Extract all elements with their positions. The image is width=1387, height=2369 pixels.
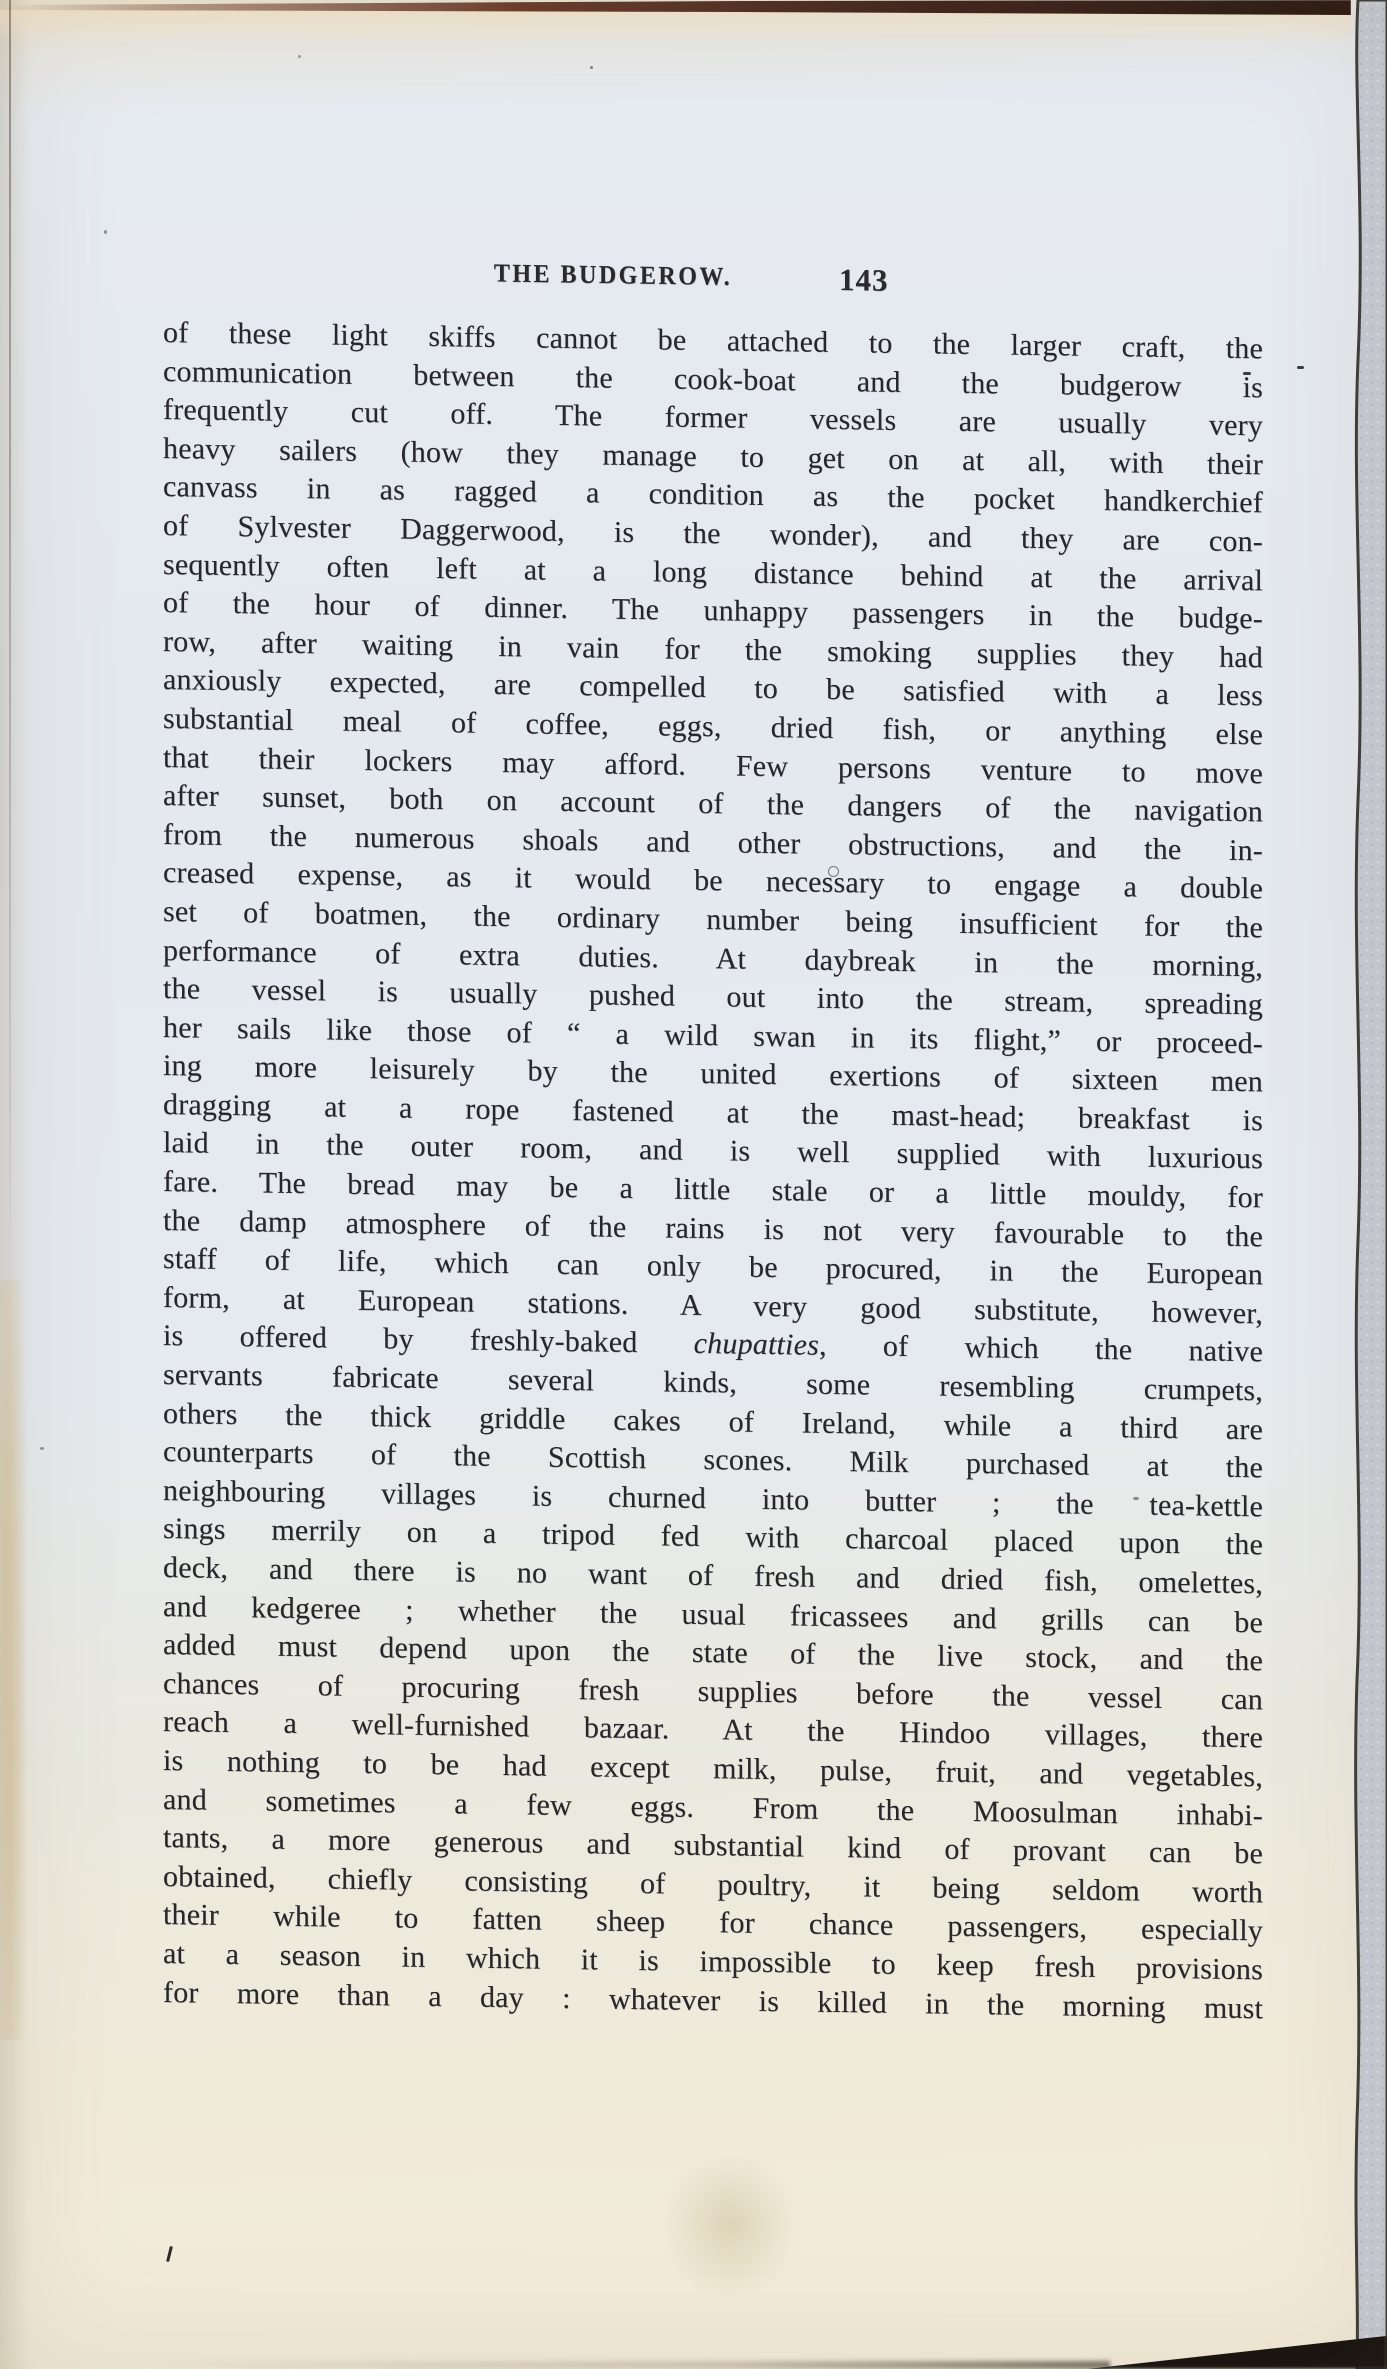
cloth-texture bbox=[1331, 0, 1387, 2369]
bottom-edge-shadow bbox=[150, 2361, 1110, 2369]
left-margin-crease bbox=[9, 0, 11, 1320]
scanned-book-page: THE BUDGEROW. 143 of these light skiffs … bbox=[0, 0, 1387, 2369]
printed-text-block: THE BUDGEROW. 143 of these light skiffs … bbox=[163, 250, 1263, 266]
scan-speck bbox=[104, 230, 107, 234]
scan-speck bbox=[1133, 1497, 1139, 1500]
scan-speck bbox=[1297, 366, 1304, 369]
body-text: of these light skiffs cannot be attached… bbox=[163, 314, 1263, 2028]
scan-speck bbox=[40, 1447, 44, 1450]
page-top-cream-band bbox=[0, 10, 1351, 44]
page-number: 143 bbox=[839, 262, 889, 299]
left-margin-stain bbox=[0, 1280, 28, 2040]
running-head: THE BUDGEROW. bbox=[493, 260, 733, 293]
scan-speck bbox=[590, 66, 593, 69]
pen-mark bbox=[166, 2246, 173, 2262]
ink-ring-artifact bbox=[828, 866, 839, 877]
scan-speck bbox=[298, 55, 301, 58]
torn-page-right-edge bbox=[1331, 0, 1387, 2369]
scan-speck bbox=[1243, 372, 1251, 375]
paper-stain bbox=[660, 2150, 800, 2300]
